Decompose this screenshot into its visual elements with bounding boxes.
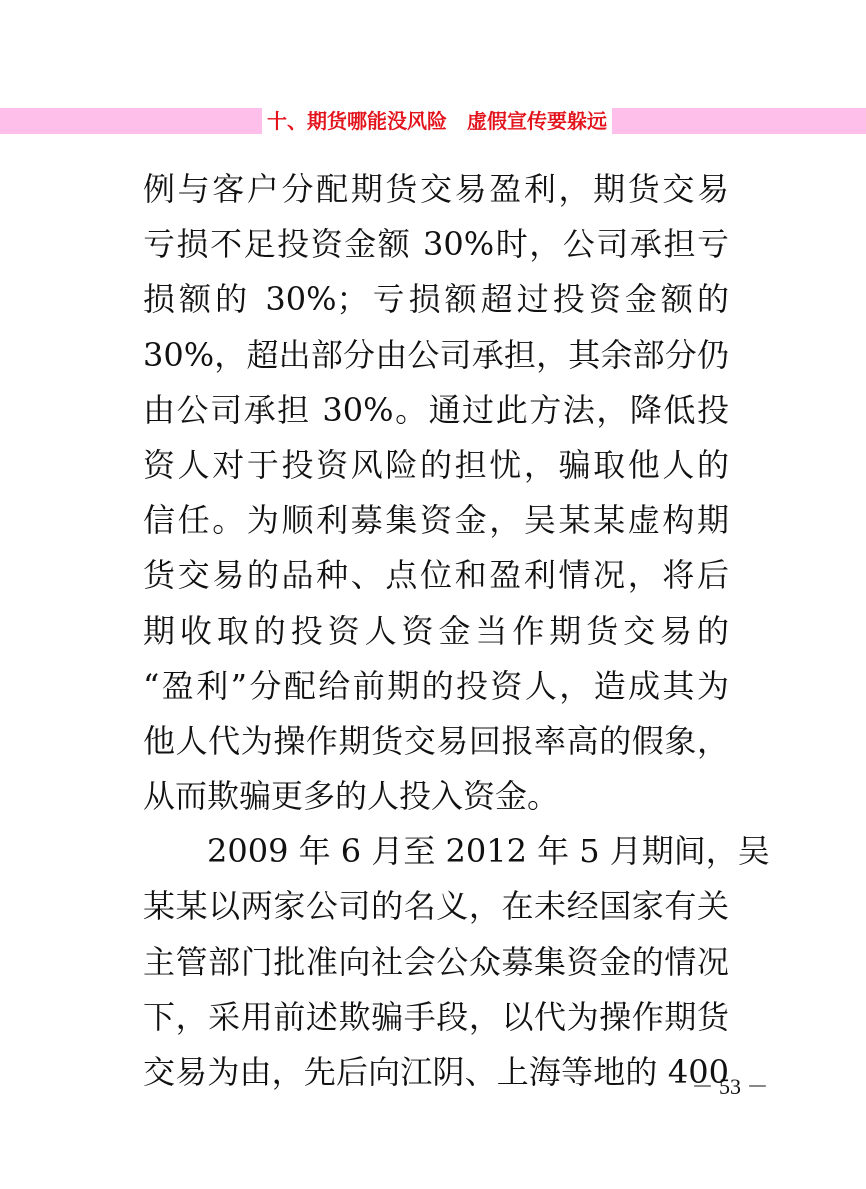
text-line: 亏损不足投资金额 30%时，公司承担亏 [143, 223, 729, 278]
chapter-title: 十、期货哪能没风险 虚假宣传要躲远 [262, 108, 612, 134]
text-line: 货交易的品种、点位和盈利情况，将后 [143, 554, 729, 609]
text-line: 期收取的投资人资金当作期货交易的 [143, 610, 729, 665]
text-line: 某某以两家公司的名义，在未经国家有关 [143, 885, 729, 940]
text-line: 下，采用前述欺骗手段，以代为操作期货 [143, 996, 729, 1051]
text-line: 由公司承担 30%。通过此方法，降低投 [143, 389, 729, 444]
text-line: 主管部门批准向社会公众募集资金的情况 [143, 941, 729, 996]
text-line-paragraph-start: 2009 年 6 月至 2012 年 5 月期间，吴 [143, 830, 729, 885]
text-line: 例与客户分配期货交易盈利，期货交易 [143, 168, 729, 223]
header-bar-right [612, 108, 866, 134]
page-number: － 53 － [680, 1070, 780, 1101]
header-bar-left [0, 108, 262, 134]
text-line: 他人代为操作期货交易回报率高的假象， [143, 720, 729, 775]
text-line: 资人对于投资风险的担忧，骗取他人的 [143, 444, 729, 499]
text-line-paragraph-end: 从而欺骗更多的人投入资金。 [143, 775, 729, 830]
text-line: “盈利”分配给前期的投资人，造成其为 [143, 665, 729, 720]
chapter-header-banner: 十、期货哪能没风险 虚假宣传要躲远 [0, 108, 866, 134]
text-line: 交易为由，先后向江阴、上海等地的 400 [143, 1051, 729, 1106]
text-line: 30%，超出部分由公司承担，其余部分仍 [143, 334, 729, 389]
text-line: 损额的 30%；亏损额超过投资金额的 [143, 278, 729, 333]
body-text: 例与客户分配期货交易盈利，期货交易 亏损不足投资金额 30%时，公司承担亏 损额… [143, 168, 729, 1106]
text-line: 信任。为顺利募集资金，吴某某虚构期 [143, 499, 729, 554]
